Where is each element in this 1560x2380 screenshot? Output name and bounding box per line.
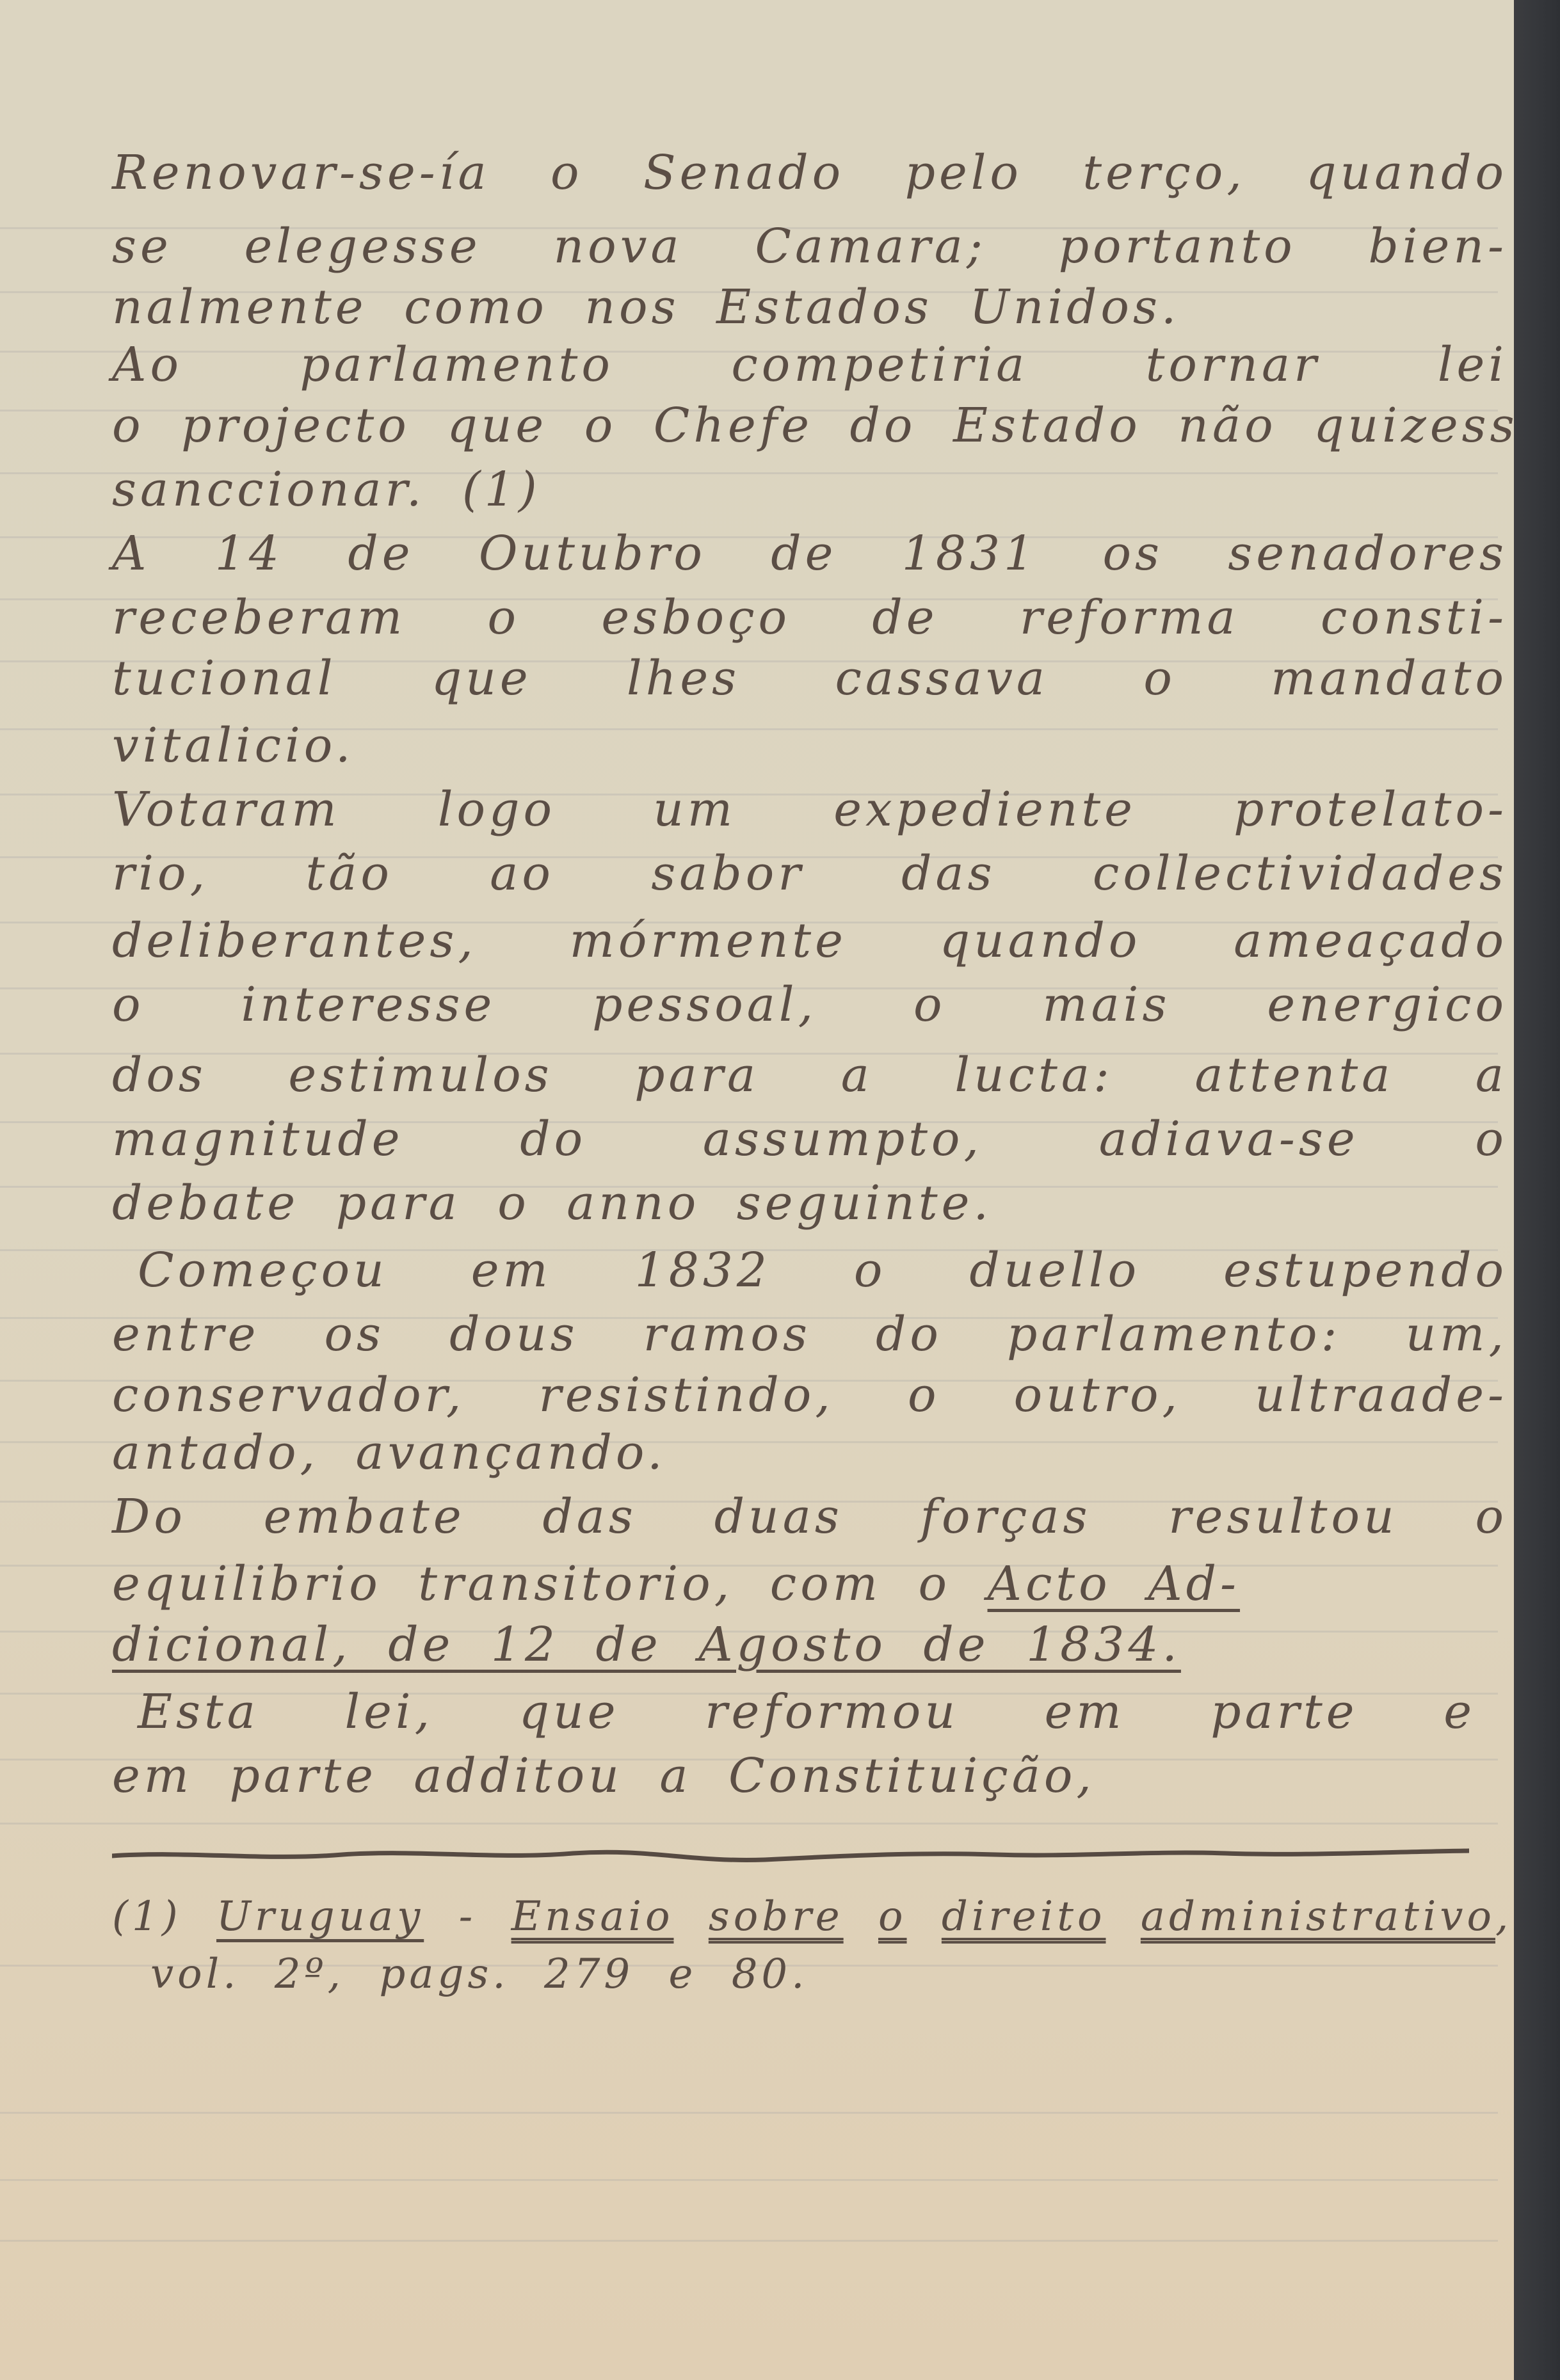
ruled-line (0, 2112, 1498, 2114)
text-line: se elegesse nova Camara; portanto bien- (112, 218, 1508, 275)
text-line: receberam o esboço de reforma consti- (112, 589, 1508, 646)
text-line: equilibrio transitorio, com o Acto Ad- (112, 1555, 1508, 1613)
text-line: debate para o anno seguinte. (112, 1174, 1508, 1232)
footnote-dash: - (424, 1893, 511, 1940)
ruled-line (0, 2240, 1498, 2242)
text-line: deliberantes, mórmente quando ameaçado (112, 912, 1508, 970)
footnote-title-word: direito (942, 1893, 1106, 1940)
text-line: entre os dous ramos do parlamento: um, (112, 1306, 1508, 1363)
text-line: Começou em 1832 o duello estupendo (138, 1242, 1508, 1299)
book-binding-edge (1514, 0, 1560, 2380)
adicional-underlined: dicional, de 12 de Agosto de 1834. (112, 1617, 1181, 1672)
footnote-author: Uruguay (216, 1893, 424, 1940)
footnote-title-word: o (878, 1893, 907, 1940)
text-line: Do embate das duas forças resultou o (112, 1488, 1508, 1545)
text-line: magnitude do assumpto, adiava-se o (112, 1110, 1508, 1168)
text-line: o interesse pessoal, o mais energico (112, 976, 1508, 1034)
text-line: rio, tão ao sabor das collectividades (112, 845, 1508, 902)
text-line: em parte additou a Constituição, (112, 1747, 1508, 1805)
text-line: vitalicio. (112, 717, 1508, 774)
text-line: dos estimulos para a lucta: attenta a (112, 1046, 1508, 1104)
footnote-line-1: (1) Uruguay - Ensaio sobre o direito adm… (112, 1888, 1508, 1945)
text-line: nalmente como nos Estados Unidos. (112, 278, 1508, 336)
ruled-line (0, 1823, 1498, 1825)
text-line: Esta lei, que reformou em parte e (138, 1683, 1476, 1741)
text-line: antado, avançando. (112, 1424, 1508, 1482)
footnote-title-word: Ensaio (511, 1893, 674, 1940)
text-line: Ao parlamento competiria tornar lei (112, 336, 1508, 394)
footnote-separator (112, 1843, 1469, 1869)
text-line: Renovar-se-ía o Senado pelo terço, quand… (112, 144, 1508, 202)
text-line: dicional, de 12 de Agosto de 1834. (112, 1616, 1508, 1673)
text-line: sanccionar. (1) (112, 461, 1508, 518)
text-line: Votaram logo um expediente protelato- (112, 781, 1508, 838)
text-line: A 14 de Outubro de 1831 os senadores (112, 525, 1508, 582)
footnote-line-2: vol. 2º, pags. 279 e 80. (150, 1945, 1546, 2003)
ruled-line (0, 2179, 1498, 2181)
footnote-marker: (1) (112, 1893, 182, 1940)
text-line: o projecto que o Chefe do Estado não qui… (112, 397, 1508, 454)
manuscript-page: Renovar-se-ía o Senado pelo terço, quand… (0, 0, 1514, 2380)
text-line: tucional que lhes cassava o mandato (112, 650, 1508, 707)
footnote-title-word: sobre (709, 1893, 844, 1940)
text-line: conservador, resistindo, o outro, ultraa… (112, 1366, 1508, 1424)
footnote-title-word: administrativo (1141, 1893, 1495, 1940)
acto-adicional-underlined: Acto Ad- (988, 1556, 1241, 1611)
text-segment: equilibrio transitorio, com o (112, 1556, 988, 1611)
